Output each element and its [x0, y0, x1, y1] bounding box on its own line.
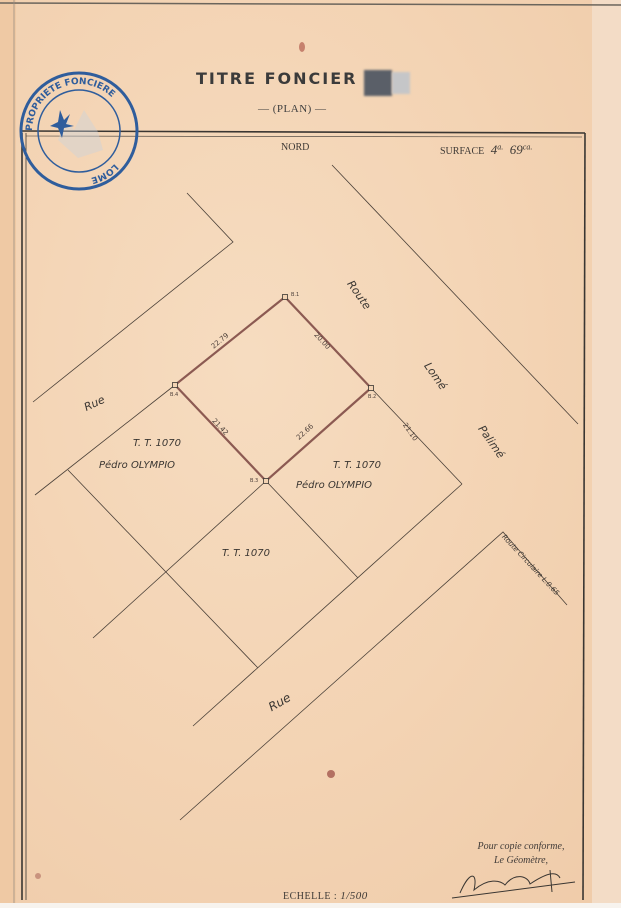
marker-label-b3: B.3: [250, 478, 258, 484]
certification-block: Pour copie conforme, Le Géomètre,: [466, 840, 576, 868]
marker-label-b2: B.2: [368, 394, 376, 400]
owner-name-left: Pédro OLYMPIO: [99, 460, 175, 471]
signature: [452, 870, 575, 898]
scale-label: ECHELLE :: [283, 891, 337, 902]
surface-label: SURFACE: [440, 146, 484, 157]
parcel-boundary: [175, 297, 371, 481]
marker-label-b4: B.4: [170, 392, 178, 398]
marker-label-b1: B.1: [291, 292, 299, 298]
boundary-markers: [173, 295, 374, 484]
redacted-number: [364, 70, 392, 96]
surface-centiares: 69: [510, 142, 523, 157]
redacted-number-secondary: [392, 72, 410, 94]
certification-line-1: Pour copie conforme,: [466, 840, 576, 854]
document-subtitle: — (PLAN) —: [258, 103, 327, 115]
owner-name-right: Pédro OLYMPIO: [296, 480, 372, 491]
property-stamp: PROPRIETE FONCIERE LOME: [18, 70, 140, 192]
surface-area: SURFACE 4a. 69ca.: [440, 142, 532, 158]
surface-unit-centiares: ca.: [523, 143, 533, 152]
title-number-bottom: T. T. 1070: [222, 548, 270, 559]
road-lines: [33, 165, 578, 820]
title-number-left: T. T. 1070: [133, 438, 181, 449]
title-number-right: T. T. 1070: [333, 460, 381, 471]
scale-value: 1/500: [340, 890, 368, 902]
surface-unit-ares: a.: [497, 143, 503, 152]
svg-text:LOME: LOME: [90, 162, 120, 185]
certification-line-2: Le Géomètre,: [466, 854, 576, 868]
document-title: TITRE FONCIER: [196, 69, 357, 88]
north-label: NORD: [281, 142, 309, 153]
scale: ECHELLE : 1/500: [283, 890, 368, 902]
